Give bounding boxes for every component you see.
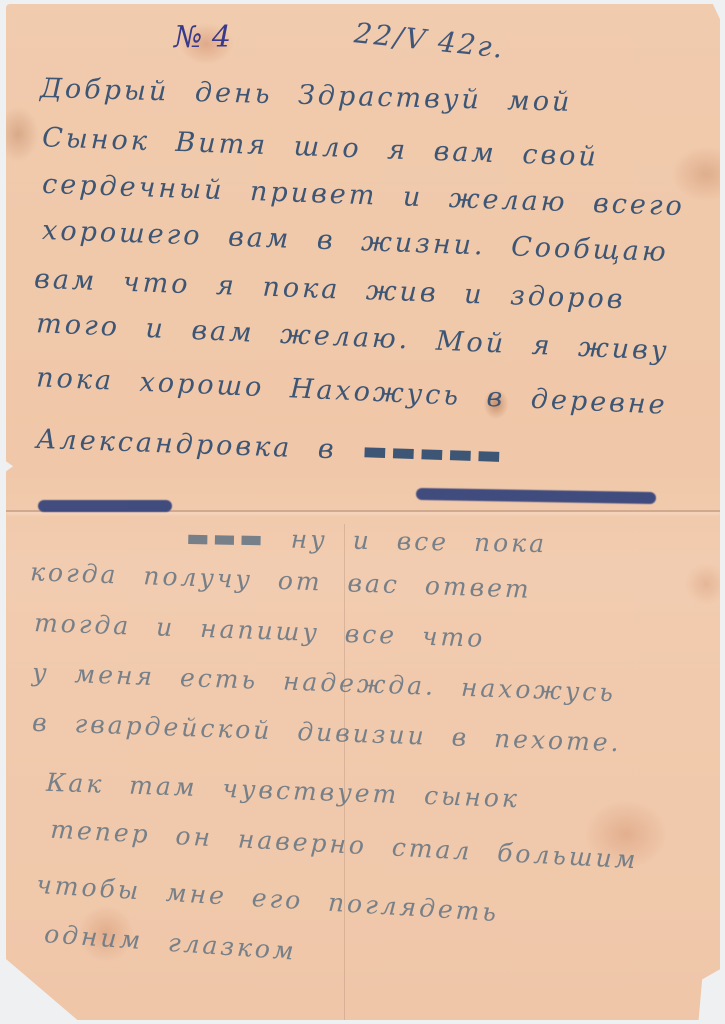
letter-line: Добрый день Здраствуй мой (40, 73, 573, 118)
letter-line: сердечный привет и желаю всего (42, 169, 686, 222)
letter-page: № 4 22/V 42г. Добрый день Здраствуй мой … (6, 4, 720, 1020)
letter-line: у меня есть надежда. нахожусь (32, 658, 617, 707)
letter-line: Александровка в ▬▬▬▬▬ (36, 424, 506, 471)
letter-body: Добрый день Здраствуй мой Сынок Витя шло… (6, 4, 720, 1020)
letter-line: вам что я пока жив и здоров (34, 264, 626, 316)
letter-line: одним глазком (43, 919, 297, 966)
letter-line: хорошего вам в жизни. Сообщаю (42, 215, 670, 268)
letter-line: Сынок Витя шло я вам свой (42, 122, 600, 172)
strikeout-mark (38, 500, 172, 512)
letter-line: пока хорошо Нахожусь в деревне (36, 362, 669, 421)
letter-line: в гвардейской дивизии в пехоте. (32, 708, 622, 758)
letter-line: тогда и напишу все что (34, 608, 486, 653)
letter-line: чтобы мне его поглядеть (36, 870, 500, 927)
strikeout-mark (416, 488, 656, 504)
letter-line: Как там чувствует сынок (46, 768, 521, 814)
letter-line: того и вам желаю. Мой я живу (36, 308, 671, 367)
letter-line: когда получу от вас ответ (30, 557, 533, 603)
letter-line: тепер он наверно стал большим (50, 815, 640, 875)
letter-line: ▬▬▬ ну и все пока (186, 523, 548, 558)
